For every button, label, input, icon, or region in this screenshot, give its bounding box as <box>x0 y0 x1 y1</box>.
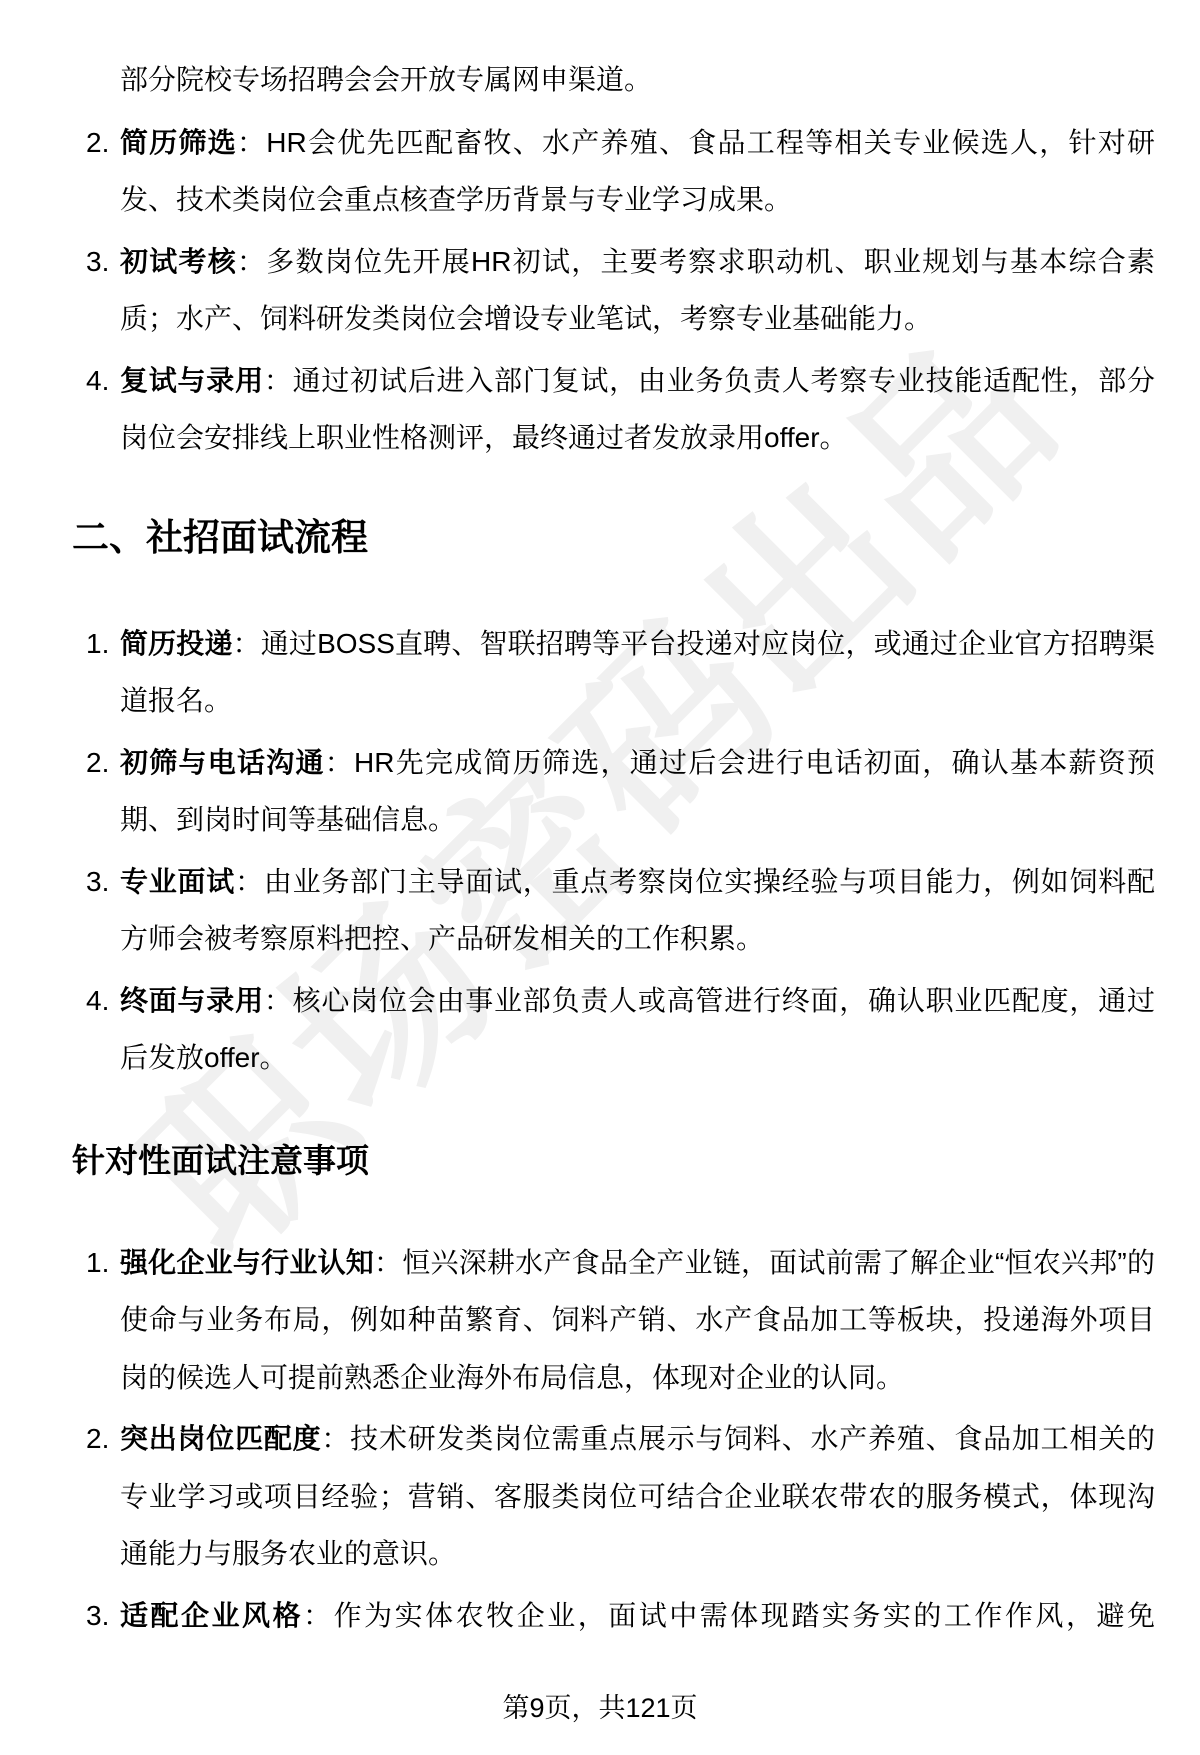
list-item-number: 4. <box>86 972 109 1030</box>
list-item-text: 简历投递：通过BOSS直聘、智联招聘等平台投递对应岗位，或通过企业官方招聘渠道报… <box>120 615 1155 730</box>
list-item-body: ：由业务部门主导面试，重点考察岗位实操经验与项目能力，例如饲料配方师会被考察原料… <box>120 866 1155 955</box>
list-item-text: 专业面试：由业务部门主导面试，重点考察岗位实操经验与项目能力，例如饲料配方师会被… <box>120 853 1155 968</box>
list-item-body: ：多数岗位先开展HR初试，主要考察求职动机、职业规划与基本综合素质；水产、饲料研… <box>120 246 1155 335</box>
list-item-body: ：通过BOSS直聘、智联招聘等平台投递对应岗位，或通过企业官方招聘渠道报名。 <box>120 628 1155 717</box>
list-item-term: 终面与录用 <box>120 985 264 1016</box>
list-item-number: 1. <box>86 615 109 673</box>
list-item-text: 简历筛选：HR会优先匹配畜牧、水产养殖、食品工程等相关专业候选人，针对研发、技术… <box>120 114 1155 229</box>
list-item-number: 2. <box>86 1410 109 1468</box>
list-item-number: 2. <box>86 114 109 172</box>
list-item-text: 初筛与电话沟通：HR先完成简历筛选，通过后会进行电话初面，确认基本薪资预期、到岗… <box>120 734 1155 849</box>
list-item-body: ：HR会优先匹配畜牧、水产养殖、食品工程等相关专业候选人，针对研发、技术类岗位会… <box>120 127 1155 216</box>
list-item-number: 3. <box>86 1587 109 1645</box>
list-item-text: 强化企业与行业认知：恒兴深耕水产食品全产业链，面试前需了解企业“恒农兴邦”的使命… <box>120 1234 1155 1407</box>
list-item-term: 突出岗位匹配度 <box>120 1423 321 1454</box>
list-item-term: 初试考核 <box>120 246 237 277</box>
list-item-number: 3. <box>86 233 109 291</box>
list-item-number: 3. <box>86 853 109 911</box>
list-item: 1. 简历投递：通过BOSS直聘、智联招聘等平台投递对应岗位，或通过企业官方招聘… <box>86 615 1155 730</box>
list-item-number: 4. <box>86 352 109 410</box>
page-number-footer: 第9页，共121页 <box>0 1694 1200 1722</box>
interview-notes-list: 1. 强化企业与行业认知：恒兴深耕水产食品全产业链，面试前需了解企业“恒农兴邦”… <box>86 1234 1155 1645</box>
list-item-text: 复试与录用：通过初试后进入部门复试，由业务负责人考察专业技能适配性，部分岗位会安… <box>120 352 1155 467</box>
social-interview-list: 1. 简历投递：通过BOSS直聘、智联招聘等平台投递对应岗位，或通过企业官方招聘… <box>86 615 1155 1087</box>
document-content: 部分院校专场招聘会会开放专属网申渠道。 2. 简历筛选：HR会优先匹配畜牧、水产… <box>72 0 1155 1648</box>
list-item-body: ：作为实体农牧企业，面试中需体现踏实务实的工作作风，避免 <box>303 1600 1155 1631</box>
list-item-term: 初筛与电话沟通 <box>120 747 325 778</box>
list-item-term: 强化企业与行业认知 <box>120 1247 374 1278</box>
list-item-text: 突出岗位匹配度：技术研发类岗位需重点展示与饲料、水产养殖、食品加工相关的专业学习… <box>120 1410 1155 1583</box>
section-heading-notes: 针对性面试注意事项 <box>72 1136 1155 1186</box>
list-item: 2. 突出岗位匹配度：技术研发类岗位需重点展示与饲料、水产养殖、食品加工相关的专… <box>86 1410 1155 1583</box>
list-item-text: 初试考核：多数岗位先开展HR初试，主要考察求职动机、职业规划与基本综合素质；水产… <box>120 233 1155 348</box>
list-item-number: 2. <box>86 734 109 792</box>
list-item-body: ：核心岗位会由事业部负责人或高管进行终面，确认职业匹配度，通过后发放offer。 <box>120 985 1155 1074</box>
section-heading-social: 二、社招面试流程 <box>72 511 1155 565</box>
list-item: 1. 强化企业与行业认知：恒兴深耕水产食品全产业链，面试前需了解企业“恒农兴邦”… <box>86 1234 1155 1407</box>
campus-interview-list: 2. 简历筛选：HR会优先匹配畜牧、水产养殖、食品工程等相关专业候选人，针对研发… <box>86 114 1155 467</box>
list-item-number: 1. <box>86 1234 109 1292</box>
list-item: 2. 简历筛选：HR会优先匹配畜牧、水产养殖、食品工程等相关专业候选人，针对研发… <box>86 114 1155 229</box>
list-item: 4. 复试与录用：通过初试后进入部门复试，由业务负责人考察专业技能适配性，部分岗… <box>86 352 1155 467</box>
list-item: 4. 终面与录用：核心岗位会由事业部负责人或高管进行终面，确认职业匹配度，通过后… <box>86 972 1155 1087</box>
list-item-term: 复试与录用 <box>120 365 264 396</box>
list-item-text: 终面与录用：核心岗位会由事业部负责人或高管进行终面，确认职业匹配度，通过后发放o… <box>120 972 1155 1087</box>
list-item-body: ：通过初试后进入部门复试，由业务负责人考察专业技能适配性，部分岗位会安排线上职业… <box>120 365 1155 454</box>
list-item-text: 适配企业风格：作为实体农牧企业，面试中需体现踏实务实的工作作风，避免 <box>120 1587 1155 1645</box>
list-item: 3. 适配企业风格：作为实体农牧企业，面试中需体现踏实务实的工作作风，避免 <box>86 1587 1155 1645</box>
document-page: 职场密码出品 部分院校专场招聘会会开放专属网申渠道。 2. 简历筛选：HR会优先… <box>0 0 1200 1755</box>
list-item-term: 适配企业风格 <box>120 1600 303 1631</box>
list-item: 3. 初试考核：多数岗位先开展HR初试，主要考察求职动机、职业规划与基本综合素质… <box>86 233 1155 348</box>
list-item: 2. 初筛与电话沟通：HR先完成简历筛选，通过后会进行电话初面，确认基本薪资预期… <box>86 734 1155 849</box>
list-item-term: 简历投递 <box>120 628 233 659</box>
paragraph-continuation: 部分院校专场招聘会会开放专属网申渠道。 <box>120 51 1155 109</box>
list-item-term: 简历筛选 <box>120 127 237 158</box>
list-item: 3. 专业面试：由业务部门主导面试，重点考察岗位实操经验与项目能力，例如饲料配方… <box>86 853 1155 968</box>
list-item-term: 专业面试 <box>120 866 235 897</box>
